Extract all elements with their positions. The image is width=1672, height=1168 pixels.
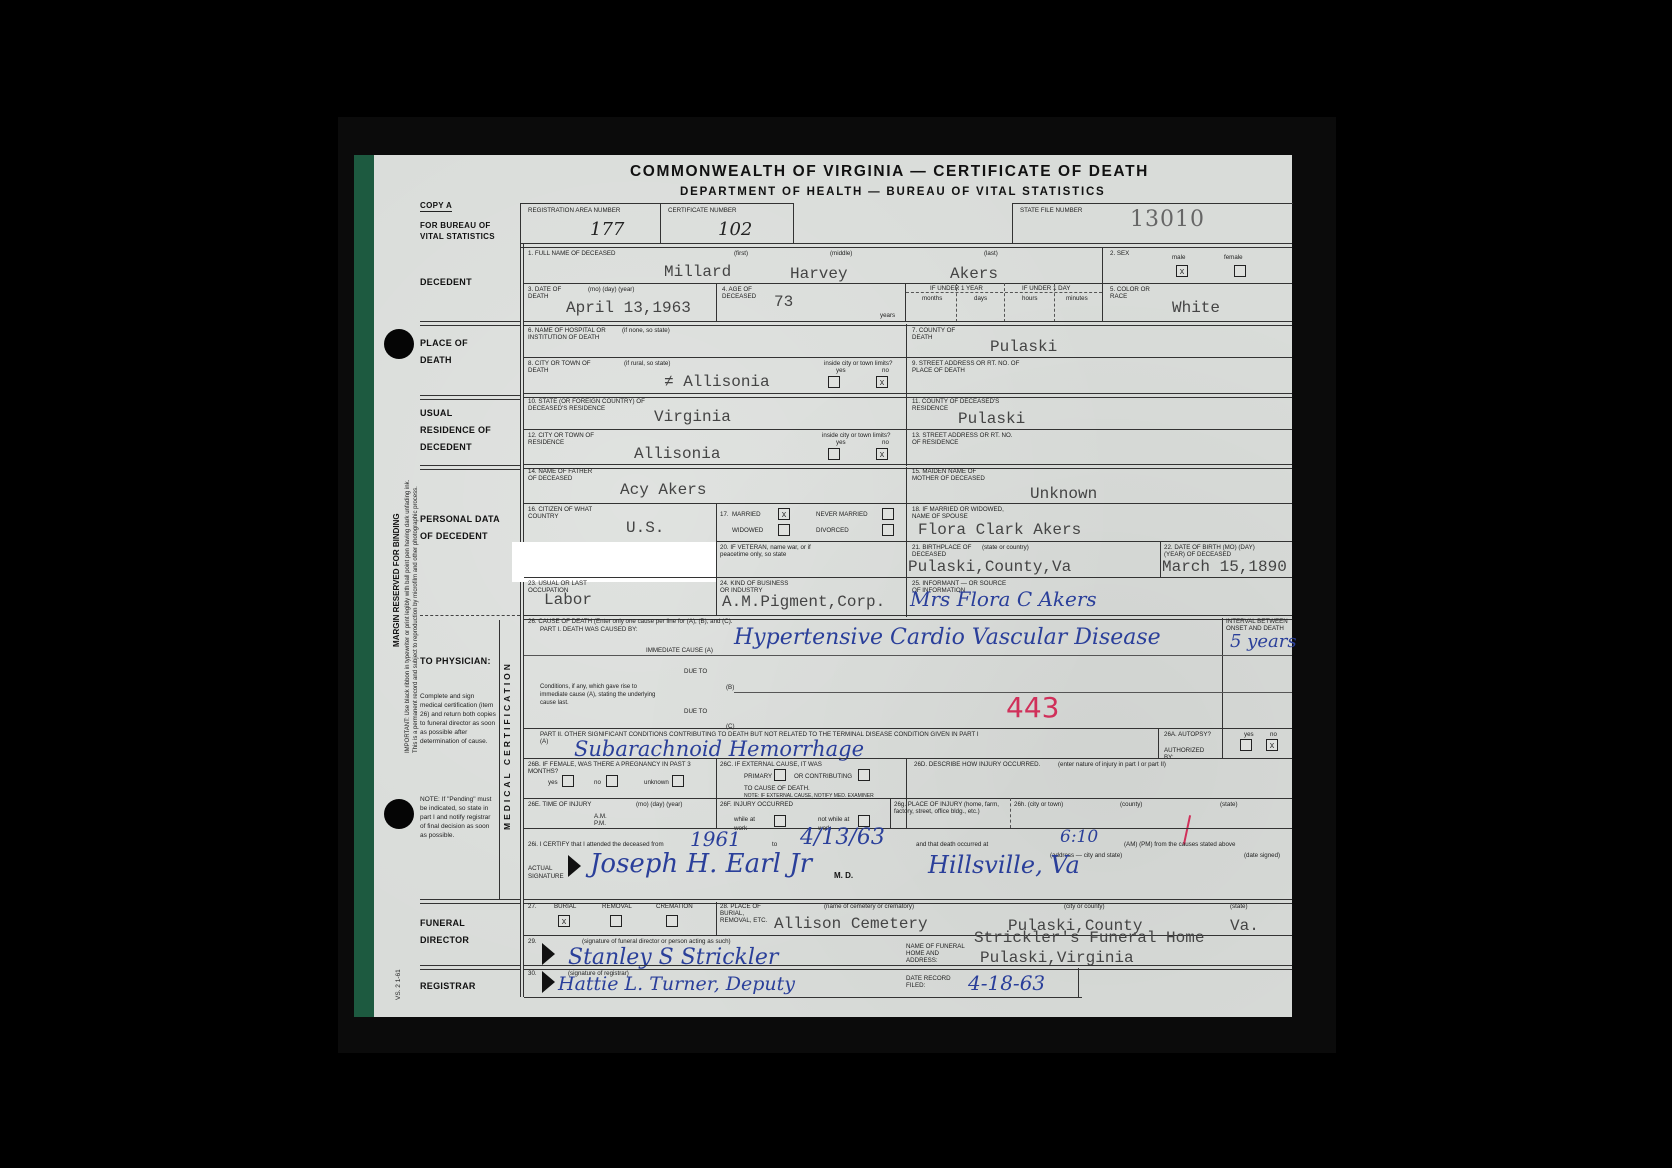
pregnancy-yes-checkbox[interactable] (562, 775, 574, 787)
informant-signature: Mrs Flora C Akers (910, 587, 1097, 611)
section-personal-data: PERSONAL DATA OF DECEDENT (420, 511, 500, 545)
date-filed: 4-18-63 (968, 971, 1045, 995)
county-of-death: Pulaski (990, 338, 1057, 356)
autopsy-yes-checkbox[interactable] (1240, 739, 1252, 751)
sex-male-checkbox[interactable]: x (1176, 265, 1188, 277)
cause-of-death-label: 26. CAUSE OF DEATH (Enter only one cause… (528, 618, 733, 625)
interval-value: 5 years (1230, 631, 1297, 652)
spouse-name: Flora Clark Akers (918, 521, 1081, 539)
pending-note: NOTE: If "Pending" must be indicated, so… (420, 795, 496, 840)
autopsy-no-checkbox[interactable]: x (1266, 739, 1278, 751)
certificate-title: COMMONWEALTH OF VIRGINIA — CERTIFICATE O… (630, 163, 1149, 181)
sex-label: 2. SEX (1110, 250, 1129, 257)
classification-code: 443 (1006, 691, 1059, 724)
county-of-residence: Pulaski (958, 410, 1025, 428)
physician-note: Complete and sign medical certification … (420, 692, 496, 746)
city-of-death: ≠ Allisonia (664, 373, 770, 391)
external-contributing-checkbox[interactable] (858, 769, 870, 781)
funeral-home-name: Strickler's Funeral Home (974, 929, 1204, 947)
section-decedent: DECEDENT (420, 274, 472, 291)
date-of-death-label: 3. DATE OF DEATH (528, 286, 578, 300)
residence-inside-limits-yes[interactable] (828, 448, 840, 460)
date-of-birth-label: 22. DATE OF BIRTH (mo) (day) (year) OF D… (1164, 544, 1274, 558)
copy-for: FOR BUREAU OF VITAL STATISTICS (420, 220, 510, 242)
last-name: Akers (950, 265, 998, 283)
margin-binding-text: MARGIN RESERVED FOR BINDING (392, 513, 401, 647)
burial-state: Va. (1230, 917, 1259, 935)
certify-label: 26i. I CERTIFY that I attended the decea… (528, 841, 664, 848)
time-of-death: 6:10 (1060, 827, 1098, 847)
state-file-label: STATE FILE NUMBER (1020, 207, 1082, 214)
city-of-residence: Allisonia (634, 445, 720, 463)
hospital-label: 6. NAME OF HOSPITAL OR INSTITUTION OF DE… (528, 327, 618, 341)
physician-signature: Joseph H. Earl Jr (590, 849, 812, 879)
street-of-residence-label: 13. STREET ADDRESS OR RT. NO. OF RESIDEN… (912, 432, 1022, 446)
attended-from: 1961 (690, 827, 741, 851)
sign-here-arrow-icon (542, 971, 555, 993)
father-label: 14. NAME OF FATHER OF DECEASED (528, 468, 598, 482)
widowed-checkbox[interactable] (778, 524, 790, 536)
certificate-number: 102 (718, 219, 752, 240)
color-race-label: 5. COLOR OR RACE (1110, 286, 1154, 300)
veteran-label: 20. IF VETERAN, name war, or if peacetim… (720, 544, 840, 558)
birthplace-label: 21. BIRTHPLACE OF DECEASED (912, 544, 972, 558)
place-of-burial-label: 28. PLACE OF BURIAL, REMOVAL, ETC. (720, 903, 770, 924)
conditions-note: Conditions, if any, which gave rise to i… (540, 683, 660, 707)
registration-area-number: 177 (590, 219, 624, 240)
copy-label: COPY A (420, 201, 452, 212)
punch-hole (384, 799, 414, 829)
color-race: White (1172, 299, 1220, 317)
mother-maiden-name: Unknown (1030, 485, 1097, 503)
time-of-injury-label: 26e. TIME OF INJURY (528, 801, 591, 808)
injury-description-label: 26d. DESCRIBE HOW INJURY OCCURRED. (914, 761, 1040, 768)
place-of-injury-label: 26g. PLACE OF INJURY (home, farm, factor… (894, 801, 1004, 815)
cremation-checkbox[interactable] (666, 915, 678, 927)
mother-label: 15. MAIDEN NAME OF MOTHER OF DECEASED (912, 468, 992, 482)
occupation: Labor (544, 591, 592, 609)
pregnancy-label: 26b. IF FEMALE, WAS THERE A PREGNANCY IN… (528, 761, 698, 775)
date-of-death: April 13,1963 (566, 299, 691, 317)
city-of-residence-label: 12. CITY OR TOWN OF RESIDENCE (528, 432, 598, 446)
removal-checkbox[interactable] (610, 915, 622, 927)
date-filed-label: DATE RECORD FILED: (906, 975, 966, 989)
section-usual-residence: USUAL RESIDENCE OF DECEDENT (420, 405, 500, 456)
death-inside-limits-yes[interactable] (828, 376, 840, 388)
registrar-signature: Hattie L. Turner, Deputy (558, 973, 795, 995)
residence-inside-limits-no[interactable]: x (876, 448, 888, 460)
father-name: Acy Akers (620, 481, 706, 499)
binding-strip (354, 155, 374, 1017)
redacted-field-19 (512, 542, 716, 582)
interval-label: INTERVAL BETWEEN ONSET AND DEATH (1226, 618, 1290, 632)
injury-occurred-label: 26f. INJURY OCCURRED (720, 801, 793, 808)
attended-to: 4/13/63 (800, 825, 885, 850)
section-medical-certification: MEDICAL CERTIFICATION (502, 661, 512, 830)
burial-checkbox[interactable]: x (558, 915, 570, 927)
never-married-checkbox[interactable] (882, 508, 894, 520)
cause-a: Hypertensive Cardio Vascular Disease (734, 625, 1161, 650)
registration-area-label: REGISTRATION AREA NUMBER (528, 207, 620, 214)
citizen-country: U.S. (626, 519, 664, 537)
city-of-death-label: 8. CITY OR TOWN OF DEATH (528, 360, 598, 374)
spouse-label: 18. IF MARRIED OR WIDOWED, NAME OF SPOUS… (912, 506, 1022, 520)
death-certificate: MARGIN RESERVED FOR BINDING IMPORTANT: U… (354, 155, 1292, 1017)
citizen-label: 16. CITIZEN OF WHAT COUNTRY (528, 506, 598, 520)
pregnancy-unknown-checkbox[interactable] (672, 775, 684, 787)
age-value: 73 (774, 293, 793, 311)
sex-female-checkbox[interactable] (1234, 265, 1246, 277)
divorced-checkbox[interactable] (882, 524, 894, 536)
while-at-work-checkbox[interactable] (774, 815, 786, 827)
section-funeral-director: FUNERAL DIRECTOR (420, 915, 500, 949)
death-inside-limits-no[interactable]: x (876, 376, 888, 388)
county-of-death-label: 7. COUNTY OF DEATH (912, 327, 972, 341)
state-of-residence-label: 10. STATE (OR FOREIGN COUNTRY) OF DECEAS… (528, 398, 668, 412)
form-code: VS. 2 1-61 (394, 969, 403, 1000)
birthplace: Pulaski,County,Va (908, 558, 1071, 576)
section-place-of-death: PLACE OF DEATH (420, 335, 500, 369)
date-of-birth: March 15,1890 (1162, 558, 1287, 576)
pregnancy-no-checkbox[interactable] (606, 775, 618, 787)
full-name-label: 1. FULL NAME OF DECEASED (528, 250, 615, 257)
first-name: Millard (664, 263, 731, 281)
physician-address: Hillsville, Va (928, 851, 1080, 879)
business-label: 24. KIND OF BUSINESS OR INDUSTRY (720, 580, 790, 594)
state-file-number: 13010 (1130, 207, 1205, 232)
punch-hole (384, 329, 414, 359)
external-cause-label: 26c. IF EXTERNAL CAUSE, IT WAS (720, 761, 822, 768)
signature-label: ACTUAL SIGNATURE (528, 865, 568, 881)
age-label: 4. AGE OF DECEASED (722, 286, 772, 300)
state-of-residence: Virginia (654, 408, 731, 426)
sign-here-arrow-icon (542, 943, 555, 965)
certificate-number-label: CERTIFICATE NUMBER (668, 207, 737, 214)
section-to-physician: TO PHYSICIAN: (420, 653, 500, 670)
cemetery-name: Allison Cemetery (774, 915, 928, 933)
certificate-subtitle: DEPARTMENT OF HEALTH — BUREAU OF VITAL S… (680, 186, 1106, 198)
section-registrar: REGISTRAR (420, 978, 476, 995)
middle-name: Harvey (790, 265, 848, 283)
sign-here-arrow-icon (568, 855, 581, 877)
funeral-home-label: NAME OF FUNERAL HOME AND ADDRESS: (906, 943, 966, 964)
business-industry: A.M.Pigment,Corp. (722, 593, 885, 611)
street-of-death-label: 9. STREET ADDRESS OR RT. NO. OF PLACE OF… (912, 360, 1022, 374)
external-primary-checkbox[interactable] (774, 769, 786, 781)
married-checkbox[interactable]: x (778, 508, 790, 520)
